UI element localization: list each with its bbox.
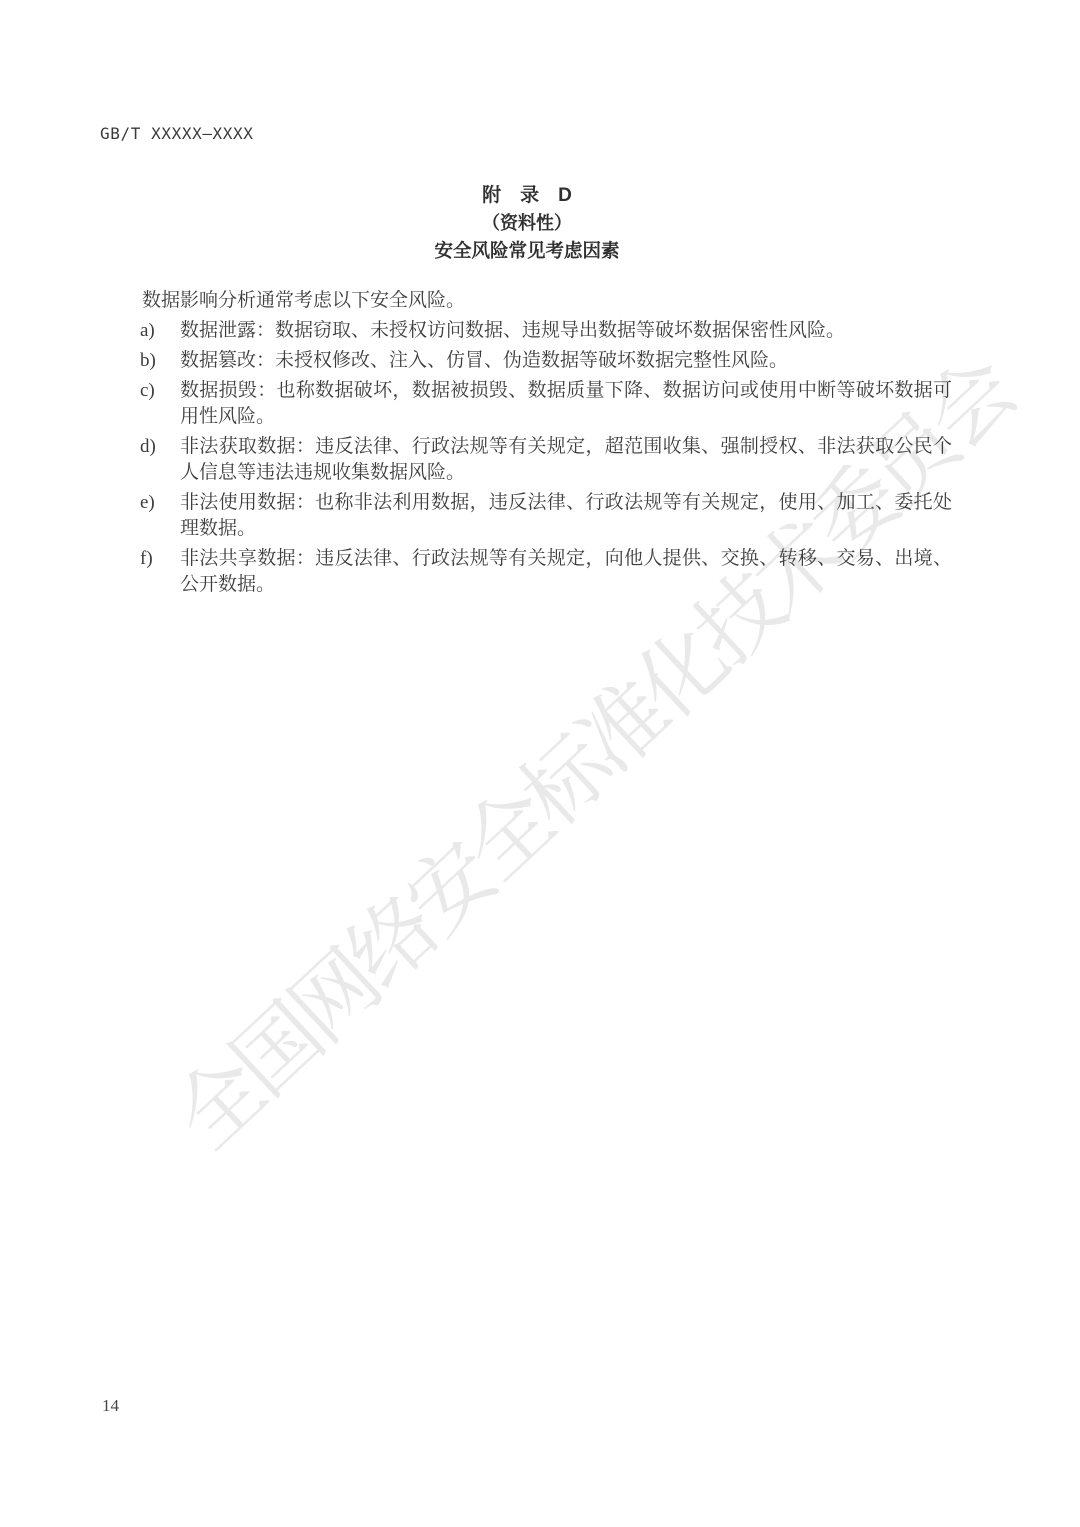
appendix-label: 附 录 D (100, 182, 954, 210)
list-item-d: d) 非法获取数据：违反法律、行政法规等有关规定，超范围收集、强制授权、非法获取… (100, 434, 952, 486)
list-item-a: a) 数据泄露：数据窃取、未授权访问数据、违规导出数据等破坏数据保密性风险。 (100, 318, 952, 344)
appendix-title-block: 附 录 D （资料性） 安全风险常见考虑因素 (100, 182, 954, 265)
list-marker: f) (140, 546, 180, 598)
list-marker: d) (140, 434, 180, 486)
list-item-e: e) 非法使用数据：也称非法利用数据，违反法律、行政法规等有关规定，使用、加工、… (100, 490, 952, 542)
list-marker: e) (140, 490, 180, 542)
list-item-text: 数据篡改：未授权修改、注入、仿冒、伪造数据等破坏数据完整性风险。 (180, 348, 952, 374)
list-item-c: c) 数据损毁：也称数据破坏，数据被损毁、数据质量下降、数据访问或使用中断等破坏… (100, 378, 952, 430)
appendix-body: 数据影响分析通常考虑以下安全风险。 a) 数据泄露：数据窃取、未授权访问数据、违… (100, 288, 952, 598)
list-item-b: b) 数据篡改：未授权修改、注入、仿冒、伪造数据等破坏数据完整性风险。 (100, 348, 952, 374)
appendix-heading: 安全风险常见考虑因素 (100, 237, 954, 265)
list-marker: a) (140, 318, 180, 344)
appendix-classification: （资料性） (100, 210, 954, 238)
intro-paragraph: 数据影响分析通常考虑以下安全风险。 (100, 288, 952, 314)
list-item-text: 非法使用数据：也称非法利用数据，违反法律、行政法规等有关规定，使用、加工、委托处… (180, 490, 952, 542)
document-page: 全国网络安全标准化技术委员会 GB/T XXXXX—XXXX 附 录 D （资料… (0, 0, 1080, 1527)
page-number: 14 (102, 1396, 119, 1416)
list-item-text: 数据损毁：也称数据破坏，数据被损毁、数据质量下降、数据访问或使用中断等破坏数据可… (180, 378, 952, 430)
standard-code-header: GB/T XXXXX—XXXX (100, 124, 254, 143)
list-item-text: 非法共享数据：违反法律、行政法规等有关规定，向他人提供、交换、转移、交易、出境、… (180, 546, 952, 598)
list-item-text: 数据泄露：数据窃取、未授权访问数据、违规导出数据等破坏数据保密性风险。 (180, 318, 952, 344)
list-marker: c) (140, 378, 180, 430)
list-item-f: f) 非法共享数据：违反法律、行政法规等有关规定，向他人提供、交换、转移、交易、… (100, 546, 952, 598)
list-item-text: 非法获取数据：违反法律、行政法规等有关规定，超范围收集、强制授权、非法获取公民个… (180, 434, 952, 486)
list-marker: b) (140, 348, 180, 374)
